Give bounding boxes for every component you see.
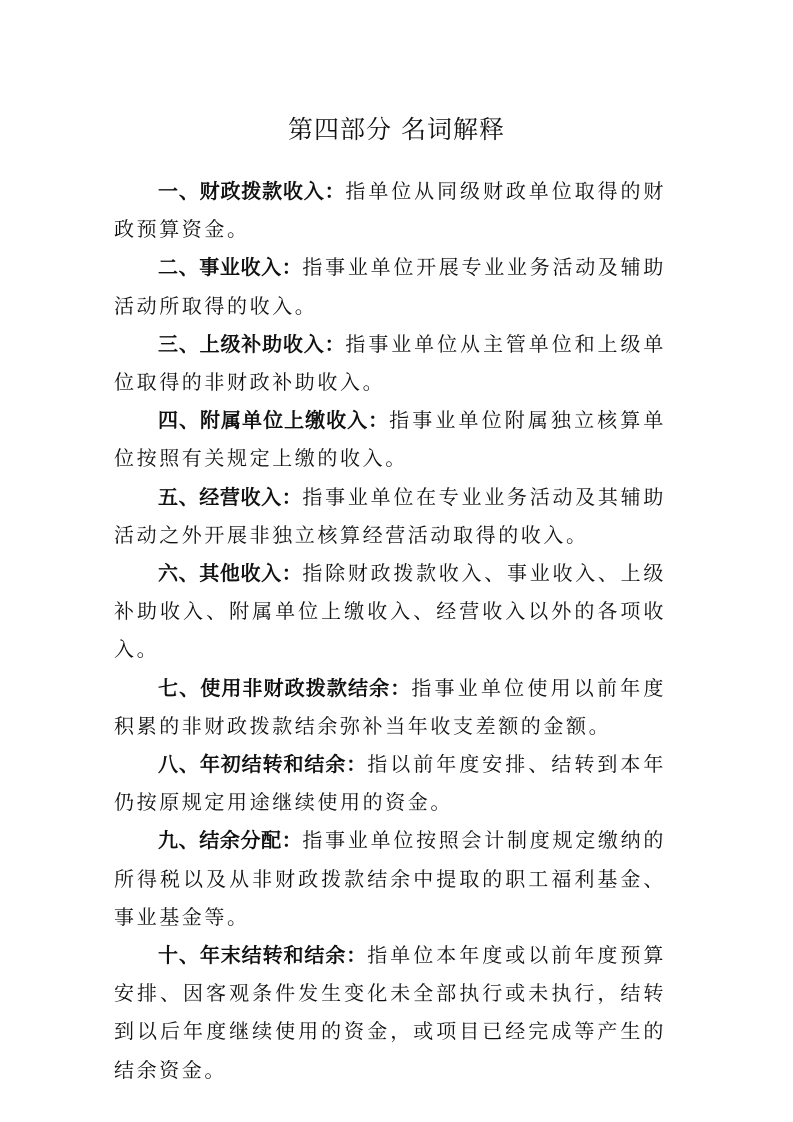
definition-entry: 八、年初结转和结余：指以前年度安排、结转到本年仍按原规定用途继续使用的资金。 [114,745,666,821]
definition-entry: 十、年末结转和结余：指单位本年度或以前年度预算安排、因客观条件发生变化未全部执行… [114,936,666,1089]
definition-term: 五、经营收入： [158,485,302,509]
definition-entry: 一、财政拨款收入：指单位从同级财政单位取得的财政预算资金。 [114,172,666,248]
definitions-list: 一、财政拨款收入：指单位从同级财政单位取得的财政预算资金。 二、事业收入：指事业… [114,172,666,1089]
definition-term: 四、附属单位上缴收入： [158,408,389,432]
definition-entry: 二、事业收入：指事业单位开展专业业务活动及辅助活动所取得的收入。 [114,248,666,324]
definition-entry: 三、上级补助收入：指事业单位从主管单位和上级单位取得的非财政补助收入。 [114,325,666,401]
definition-term: 六、其他收入： [158,561,302,585]
definition-entry: 五、经营收入：指事业单位在专业业务活动及其辅助活动之外开展非独立核算经营活动取得… [114,478,666,554]
definition-term: 八、年初结转和结余： [158,752,367,776]
definition-entry: 四、附属单位上缴收入：指事业单位附属独立核算单位按照有关规定上缴的收入。 [114,401,666,477]
page-title: 第四部分 名词解释 [0,110,793,146]
definition-term: 九、结余分配： [158,828,302,852]
definition-term: 十、年末结转和结余： [158,943,367,967]
definition-term: 二、事业收入： [158,255,302,279]
definition-term: 一、财政拨款收入： [158,179,345,203]
definition-term: 七、使用非财政拨款结余： [158,676,411,700]
definition-term: 三、上级补助收入： [158,332,345,356]
definition-entry: 六、其他收入：指除财政拨款收入、事业收入、上级补助收入、附属单位上缴收入、经营收… [114,554,666,669]
definition-entry: 七、使用非财政拨款结余：指事业单位使用以前年度积累的非财政拨款结余弥补当年收支差… [114,669,666,745]
definition-entry: 九、结余分配：指事业单位按照会计制度规定缴纳的所得税以及从非财政拨款结余中提取的… [114,821,666,936]
